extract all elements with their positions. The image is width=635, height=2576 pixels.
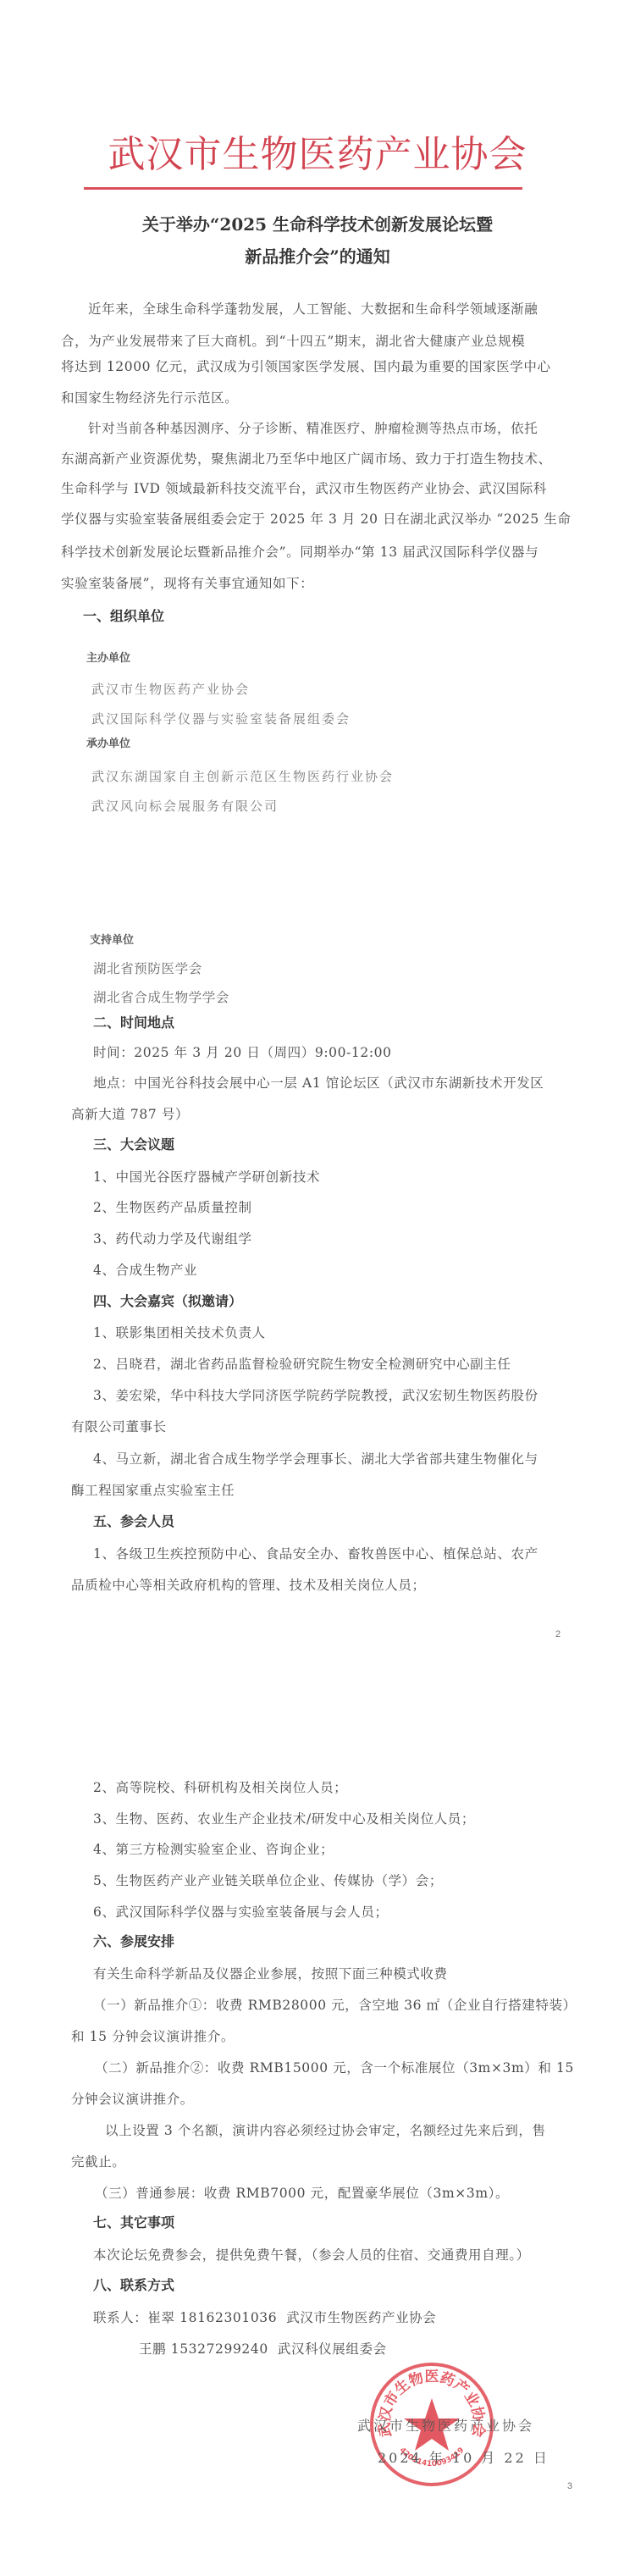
supporter-org: 湖北省合成生物学学会 xyxy=(93,989,229,1006)
masthead-organization: 武汉市生物医药产业协会 xyxy=(0,134,635,176)
section-8-heading: 八、联系方式 xyxy=(93,2277,174,2294)
guest-item: 1、联影集团相关技术负责人 xyxy=(93,1324,266,1341)
intro-p2-line: 生命科学与 IVD 领域最新科技交流平台，武汉市生物医药产业协会、武汉国际科 xyxy=(61,480,547,497)
intro-p2-line: 东湖高新产业资源优势，聚焦湖北乃至华中地区广阔市场、致力于打造生物技术、 xyxy=(61,451,552,467)
attendee-item: 4、第三方检测实验室企业、咨询企业； xyxy=(93,1841,334,1858)
topic-item: 1、中国光谷医疗器械产学研创新技术 xyxy=(93,1169,320,1186)
attendee-item: 1、各级卫生疾控预防中心、食品安全办、畜牧兽医中心、植保总站、农产 xyxy=(93,1545,538,1562)
contact-phone: 18162301036 xyxy=(179,2310,277,2325)
attendee-item: 2、高等院校、科研机构及相关岗位人员； xyxy=(93,1779,347,1796)
intro-p2-line: 学仪器与实验室装备展组委会定于 2025 年 3 月 20 日在湖北武汉举办 “… xyxy=(61,511,571,528)
topic-item: 4、合成生物产业 xyxy=(93,1262,197,1279)
exhibit-line: （一）新品推介①：收费 RMB28000 元，含空地 36 ㎡（企业自行搭建特装… xyxy=(93,1997,577,2014)
event-place-line1: 地点：中国光谷科技会展中心一层 A1 馆论坛区（武汉市东湖新技术开发区 xyxy=(93,1075,544,1092)
signature-date: 2024 年 10 月 22 日 xyxy=(378,2447,549,2467)
exhibit-line: 和 15 分钟会议演讲推介。 xyxy=(71,2028,235,2045)
section-4-heading: 四、大会嘉宾（拟邀请） xyxy=(93,1293,242,1310)
guest-item: 4、马立新，湖北省合成生物学学会理事长、湖北大学省部共建生物催化与 xyxy=(93,1451,538,1468)
host-org: 武汉市生物医药产业协会 xyxy=(91,681,250,698)
section-2-heading: 二、时间地点 xyxy=(93,1014,174,1031)
signature-organization: 武汉市生物医药产业协会 xyxy=(357,2415,534,2435)
organizer-label: 承办单位 xyxy=(86,737,130,752)
guest-item-cont: 酶工程国家重点实验室主任 xyxy=(71,1482,235,1499)
intro-p1-line: 将达到 12000 亿元，武汉成为引领国家医学发展、国内最为重要的国家医学中心 xyxy=(61,358,551,375)
guest-item: 3、姜宏梁，华中科技大学同济医学院药学院教授，武汉宏韧生物医药股份 xyxy=(93,1387,538,1404)
host-org: 武汉国际科学仪器与实验室装备展组委会 xyxy=(91,710,351,727)
section-7-heading: 七、其它事项 xyxy=(93,2214,174,2231)
contact-row: 联系人：崔翠 18162301036 武汉市生物医药产业协会 xyxy=(93,2309,436,2326)
section-6-heading: 六、参展安排 xyxy=(93,1933,174,1950)
contact-row: 王鹏 15327299240 武汉科仪展组委会 xyxy=(139,2341,387,2358)
section-5-heading: 五、参会人员 xyxy=(93,1513,174,1530)
contact-org: 武汉科仪展组委会 xyxy=(278,2341,387,2357)
attendee-item-cont: 品质检中心等相关政府机构的管理、技术及相关岗位人员； xyxy=(71,1577,426,1594)
intro-p1-line: 和国家生物经济先行示范区。 xyxy=(61,390,238,406)
document-title-line2: 新品推介会”的通知 xyxy=(0,246,635,268)
support-label: 支持单位 xyxy=(90,933,134,948)
section-1-heading: 一、组织单位 xyxy=(83,608,164,625)
page-number: 3 xyxy=(567,2481,572,2491)
exhibit-line: 有关生命科学新品及仪器企业参展，按照下面三种模式收费 xyxy=(93,1965,448,1982)
intro-p1-line: 近年来，全球生命科学蓬勃发展，人工智能、大数据和生命科学领域逐渐融 xyxy=(88,301,538,318)
guest-item-cont: 有限公司董事长 xyxy=(71,1418,167,1435)
event-place-line2: 高新大道 787 号） xyxy=(71,1106,189,1123)
topic-item: 3、药代动力学及代谢组学 xyxy=(93,1230,252,1247)
intro-p2-line: 科学技术创新发展论坛暨新品推介会”。同期举办“第 13 届武汉国际科学仪器与 xyxy=(61,544,538,561)
exhibit-line: （二）新品推介②：收费 RMB15000 元，含一个标准展位（3m×3m）和 1… xyxy=(95,2059,574,2076)
organizer-org: 武汉风向标会展服务有限公司 xyxy=(91,798,279,815)
masthead-red-rule xyxy=(84,187,522,190)
event-time: 时间：2025 年 3 月 20 日（周四）9:00-12:00 xyxy=(93,1044,392,1061)
exhibit-line: 以上设置 3 个名额，演讲内容必须经过协会审定，名额经过先来后到，售 xyxy=(105,2122,546,2139)
supporter-org: 湖北省预防医学会 xyxy=(93,960,202,977)
guest-item: 2、吕晓君，湖北省药品监督检验研究院生物安全检测研究中心副主任 xyxy=(93,1356,511,1373)
attendee-item: 5、生物医药产业产业链关联单位企业、传媒协（学）会； xyxy=(93,1872,443,1889)
intro-p1-line: 合，为产业发展带来了巨大商机。到“十四五”期末，湖北省大健康产业总规模 xyxy=(61,333,525,350)
attendee-item: 3、生物、医药、农业生产企业技术/研发中心及相关岗位人员； xyxy=(93,1810,475,1827)
contact-prefix: 联系人： xyxy=(93,2310,147,2325)
exhibit-line: 完截止。 xyxy=(71,2153,125,2170)
host-label: 主办单位 xyxy=(86,651,130,666)
contact-name: 王鹏 xyxy=(139,2341,166,2357)
exhibit-line: （三）普通参展：收费 RMB7000 元，配置豪华展位（3m×3m）。 xyxy=(95,2185,509,2202)
attendee-item: 6、武汉国际科学仪器与实验室装备展与会人员； xyxy=(93,1904,389,1921)
document-title-line1: 关于举办“2025 生命科学技术创新发展论坛暨 xyxy=(0,213,635,235)
contact-name: 崔翠 xyxy=(147,2310,174,2325)
other-matters-text: 本次论坛免费参会，提供免费午餐，（参会人员的住宿、交通费用自理。） xyxy=(93,2247,530,2264)
exhibit-line: 分钟会议演讲推介。 xyxy=(71,2091,194,2108)
contact-org: 武汉市生物医药产业协会 xyxy=(286,2310,436,2325)
section-3-heading: 三、大会议题 xyxy=(93,1136,174,1153)
topic-item: 2、生物医药产品质量控制 xyxy=(93,1199,252,1216)
intro-p2-line: 针对当前各种基因测序、分子诊断、精准医疗、肿瘤检测等热点市场，依托 xyxy=(88,420,538,437)
page-number: 2 xyxy=(555,1629,560,1639)
intro-p2-line: 实验室装备展”，现将有关事宜通知如下： xyxy=(61,575,313,592)
contact-phone: 15327299240 xyxy=(171,2341,268,2357)
organizer-org: 武汉东湖国家自主创新示范区生物医药行业协会 xyxy=(91,768,394,785)
